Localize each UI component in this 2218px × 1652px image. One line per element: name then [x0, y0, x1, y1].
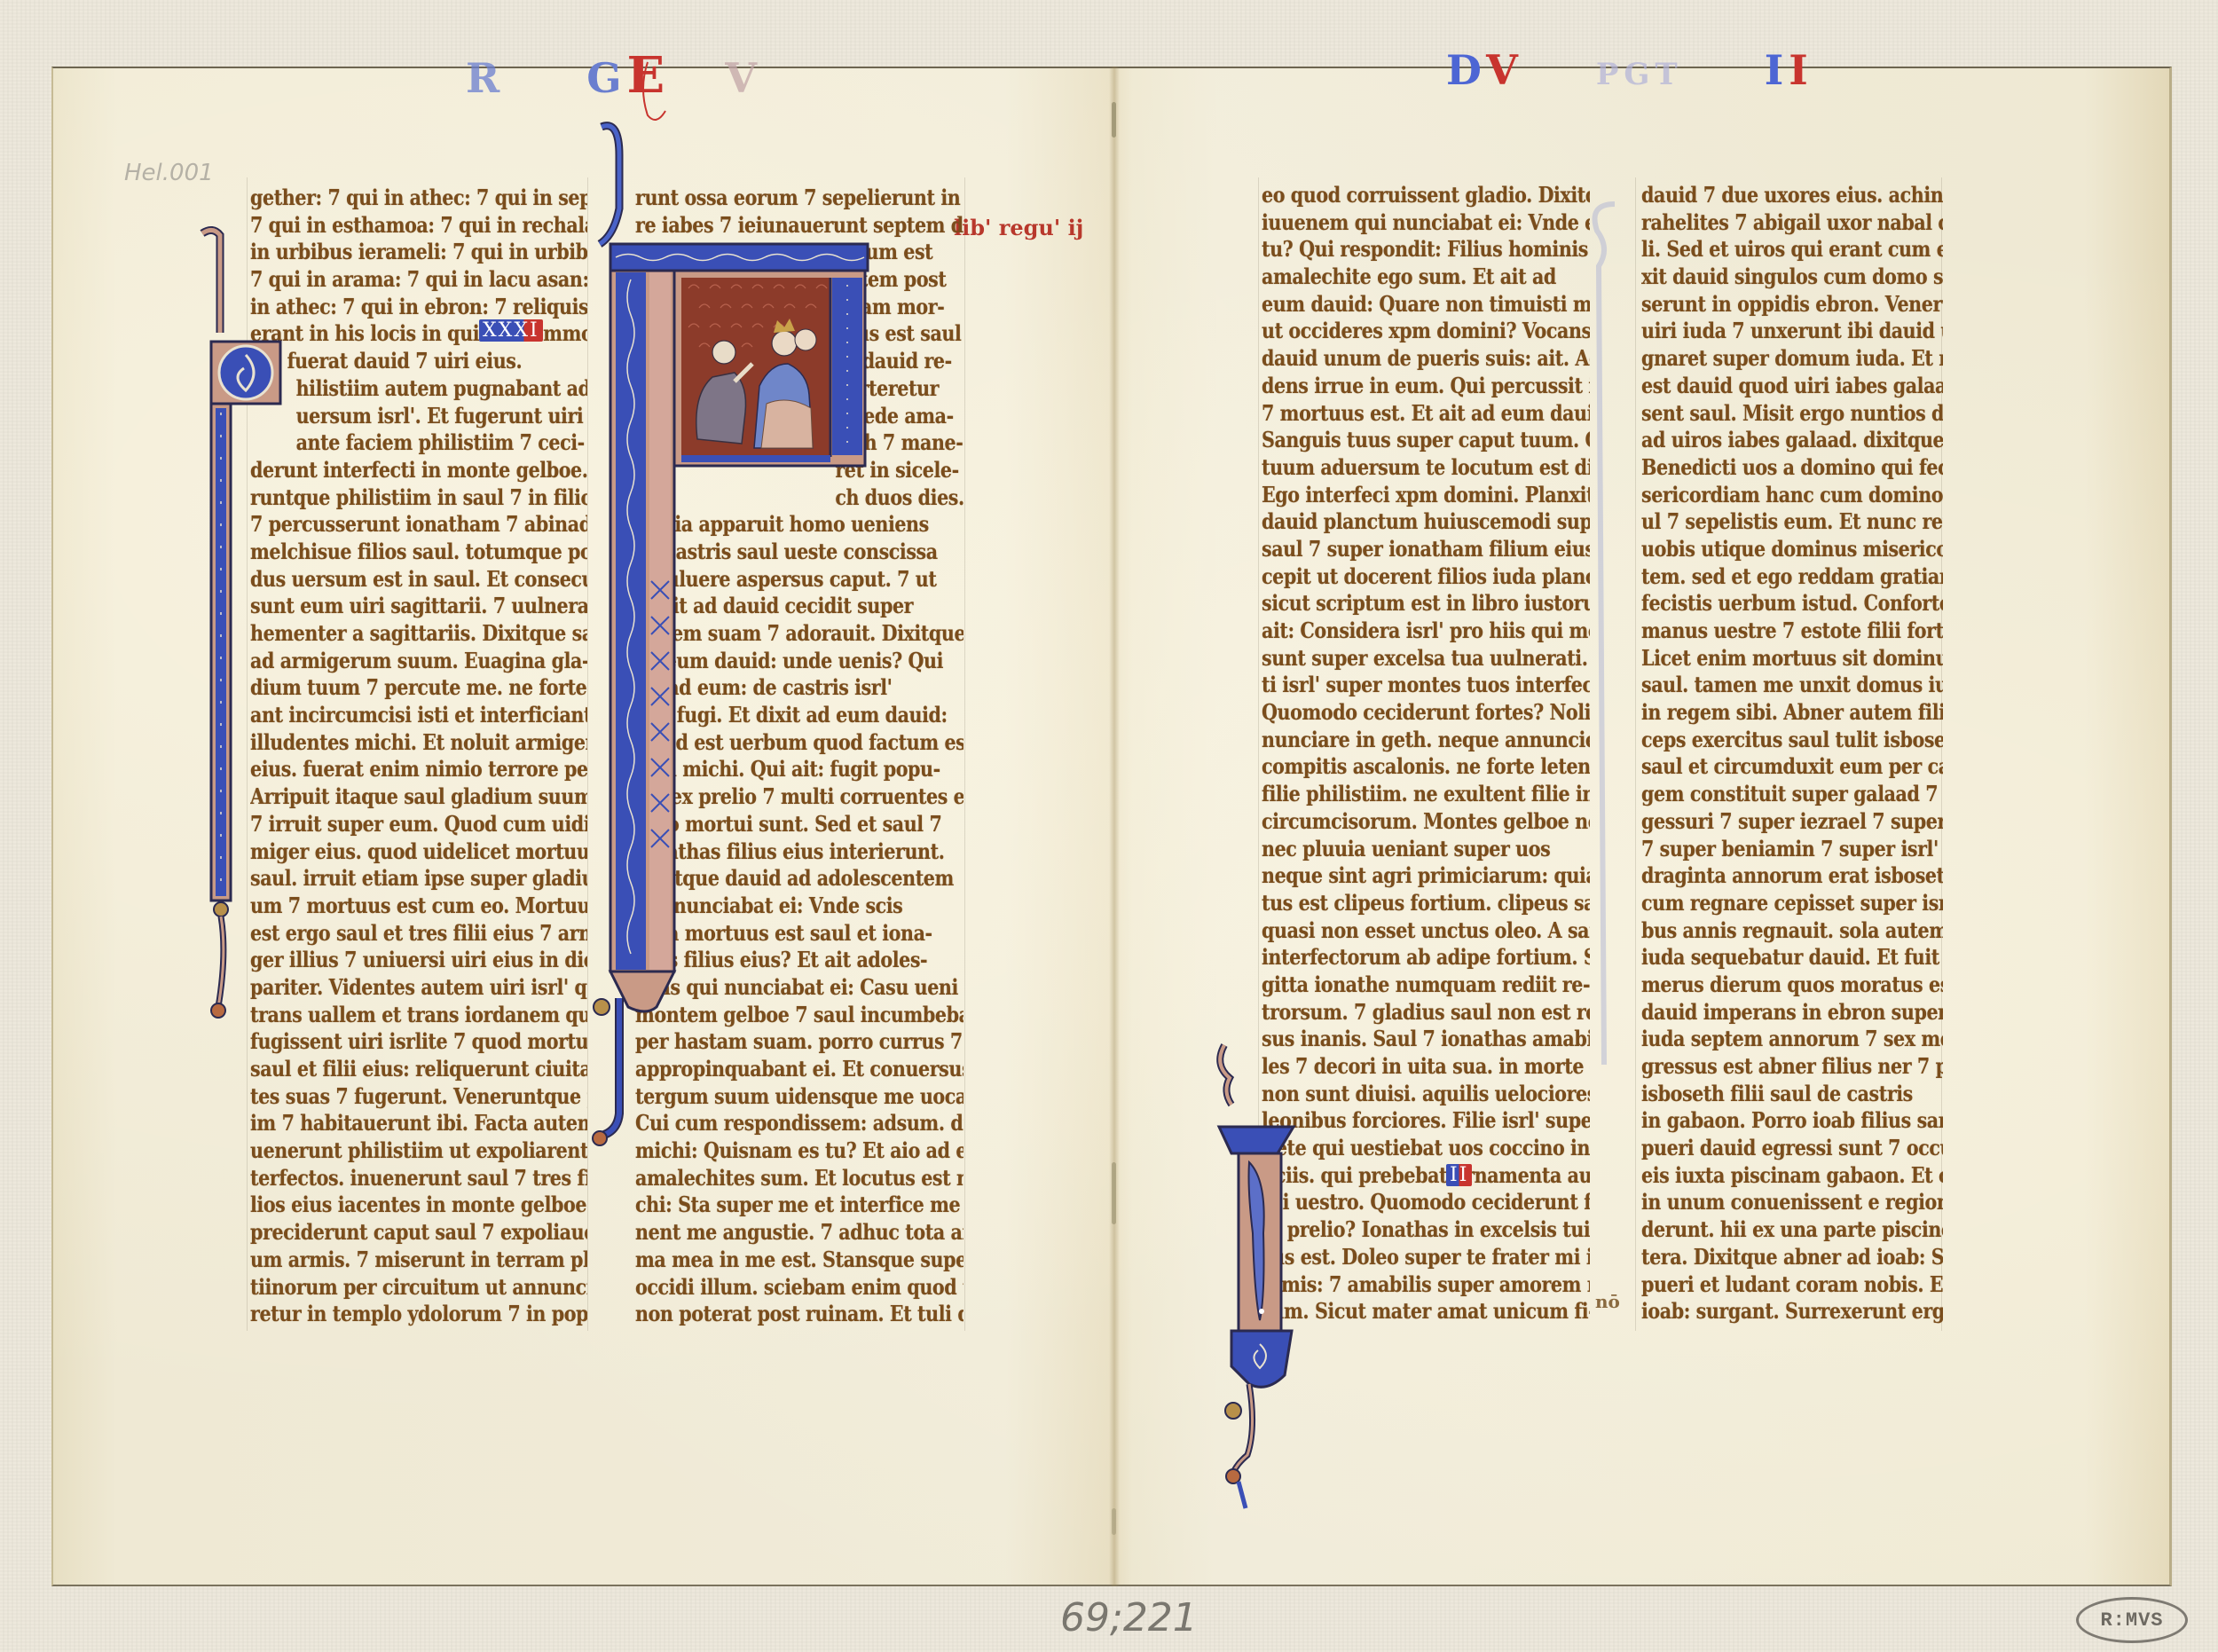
text-line: melchisue filios saul. totumque pon- — [250, 539, 540, 566]
text-line: dens irrue in eum. Qui percussit illum — [1262, 373, 1544, 400]
text-line: lium suum: ita te diligebam. Quomo- — [1262, 1326, 1544, 1326]
text-line: non sunt diuisi. aquilis uelociores — [1262, 1081, 1544, 1108]
text-line: gether: 7 qui in athec: 7 qui in sephamo… — [250, 185, 540, 212]
text-line: serunt in oppidis ebron. Veneruntque — [1641, 291, 1900, 319]
text-line: in regem sibi. Abner autem filius ner pr… — [1641, 699, 1900, 727]
text-line: nent me angustie. 7 adhuc tota ani- — [635, 1219, 917, 1247]
gutter-damage — [1112, 1162, 1116, 1224]
text-line: ante faciem philistiim 7 ceci- — [250, 429, 540, 457]
text-line: in unum conuenissent e regione se- — [1641, 1189, 1900, 1216]
text-line: 7 qui in arama: 7 qui in lacu asan: 7 ac — [250, 266, 540, 294]
text-line: xit dauid singulos cum domo sua 7 man- — [1641, 264, 1900, 291]
text-line: sericordiam hanc cum domino uestro sa- — [1641, 482, 1900, 509]
text-line: sunt eum uiri sagittarii. 7 uulneratus e… — [250, 593, 540, 620]
text-line: isboseth filii saul de castris — [1641, 1081, 1900, 1108]
museum-stamp: R:MVS — [2076, 1597, 2188, 1643]
text-line: bus annis regnauit. sola autem domus — [1641, 917, 1900, 945]
text-line: tuum aduersum te locutum est dicens: — [1262, 454, 1544, 482]
text-line: est dauid quod uiri iabes galaad sepelis… — [1641, 373, 1900, 400]
text-line: dauid unum de pueris suis: ait. Acce- — [1262, 345, 1544, 373]
text-line: illudentes michi. Et noluit armiger — [250, 729, 540, 757]
text-line: nunciare in geth. neque annuncietis in — [1262, 727, 1544, 754]
text-line: rum. Sicut mater amat unicum fi- — [1262, 1298, 1544, 1326]
text-line: 7 percusserunt ionatham 7 abinadab 7 — [250, 511, 540, 539]
text-line: hilistiim autem pugnabant ad- — [250, 375, 540, 403]
text-line: pueri et ludant coram nobis. Et respondi… — [1641, 1271, 1900, 1299]
text-line: dema quod erat in capite eius. 7 armil- — [635, 1328, 917, 1329]
text-line: ant incircumcisi isti et interficiant me — [250, 702, 540, 729]
text-line: sunt super excelsa tua uulnerati. Incli- — [1262, 645, 1544, 673]
text-line: gnaret super domum iuda. Et nunciatum — [1641, 345, 1900, 373]
text-line: dium tuum 7 percute me. ne forte ueni- — [250, 674, 540, 702]
text-line: ad armigerum suum. Euagina gla- — [250, 648, 540, 675]
text-line: gessuri 7 super iezrael 7 super effraym — [1641, 808, 1900, 836]
text-line: merus dierum quos moratus est — [1641, 972, 1900, 999]
text-line: ut occideres xpm domini? Vocansque — [1262, 318, 1544, 345]
text-line: sent saul. Misit ergo nuntios dauid — [1641, 400, 1900, 428]
text-line: derunt. hii ex una parte piscine. 7 illi… — [1641, 1216, 1900, 1244]
gutter-damage — [1112, 102, 1116, 138]
text-line: gem constituit super galaad 7 super — [1641, 781, 1900, 808]
text-line: fugissent uiri isrlite 7 quod mortuus es… — [250, 1028, 540, 1056]
text-line: pariter. Videntes autem uiri isrl' qui e… — [250, 974, 540, 1002]
text-line: chi: Sta super me et interfice me quia t… — [635, 1192, 917, 1219]
header-flourish-icon — [639, 53, 710, 124]
text-line: uiri iuda 7 unxerunt ibi dauid ut re- — [1641, 318, 1900, 345]
text-line: 7 qui in esthamoa: 7 qui in rechala: 7 a… — [250, 212, 540, 240]
text-line: les 7 decori in uita sua. in morte quoqu… — [1262, 1053, 1544, 1081]
text-line: amalechites sum. Et locutus est mi- — [635, 1165, 917, 1192]
text-line: uersum isrl'. Et fugerunt uiri isrl' — [250, 403, 540, 430]
text-line: ioab: surgant. Surrexerunt ergo 7 tran- — [1641, 1298, 1900, 1326]
text-line: saul. irruit etiam ipse super gladium su… — [250, 865, 540, 893]
text-line: uenerunt philistiim ut expoliarent in- — [250, 1137, 540, 1165]
text-line: liciis. qui prebebat ornamenta aurea cul… — [1262, 1162, 1544, 1190]
text-line: est ergo saul et tres filii eius 7 armi- — [250, 920, 540, 948]
text-line: saul et filii eius: reliquerunt ciuita- — [250, 1056, 540, 1083]
text-line: trans uallem et trans iordanem quod — [250, 1002, 540, 1029]
text-line: tes suas 7 fugerunt. Veneruntque philist… — [250, 1083, 540, 1111]
text-line: tera. Dixitque abner ad ioab: Surgant — [1641, 1244, 1900, 1271]
text-line: rahelites 7 abigail uxor nabal carme- — [1641, 209, 1900, 237]
text-line: sus est. Doleo super te frater mi ionath… — [1262, 1244, 1544, 1271]
text-line: li. Sed et uiros qui erant cum eo du- — [1641, 236, 1900, 264]
text-line: occidi illum. sciebam enim quod uiuere — [635, 1274, 917, 1302]
text-line: dus uersum est in saul. Et consecuti — [250, 566, 540, 594]
text-line: filie philistiim. ne exultent filie in- — [1262, 781, 1544, 808]
text-line: flete qui uestiebat uos coccino in de- — [1262, 1135, 1544, 1162]
text-line: sicut scriptum est in libro iustorum. Et — [1262, 590, 1544, 618]
text-line: eis iuxta piscinam gabaon. Et cum — [1641, 1162, 1900, 1190]
historiated-initial-f-icon — [593, 120, 877, 1149]
marginal-note: nō — [1595, 1291, 1620, 1312]
text-column-c: eo quod corruissent gladio. Dixitque dau… — [1262, 182, 1590, 1326]
text-line: eius. fuerat enim nimio terrore perterri… — [250, 756, 540, 783]
text-line: neque sint agri primiciarum: quia ibi ab… — [1262, 862, 1544, 890]
text-line: uobis utique dominus misericordiam 7 uer… — [1641, 536, 1900, 563]
text-line: preciderunt caput saul 7 expoliauerunt e… — [250, 1219, 540, 1247]
text-line: tus fuerat dauid 7 uiri eius. — [250, 348, 540, 375]
text-line: in gabaon. Porro ioab filius saruie 7 — [1641, 1107, 1900, 1135]
text-line: ma mea in me est. Stansque super eum — [635, 1247, 917, 1274]
text-line: um 7 mortuus est cum eo. Mortuus — [250, 893, 540, 920]
text-line: ait: Considera isrl' pro hiis qui mortui — [1262, 618, 1544, 645]
pen-flourish-icon — [1588, 195, 1641, 1082]
text-line: Benedicti uos a domino qui fecistis mi- — [1641, 454, 1900, 482]
text-line: saul et circumduxit eum per castra 7 re- — [1641, 753, 1900, 781]
text-line: saul. tamen me unxit domus iuda — [1641, 672, 1900, 699]
text-line: eo quod corruissent gladio. Dixitque dau… — [1262, 182, 1544, 209]
text-column-d: dauid 7 due uxores eius. achinoem ies-ra… — [1641, 182, 1943, 1326]
illuminated-initial-i-fish-icon — [1214, 1038, 1302, 1508]
text-line: quasi non esset unctus oleo. A sanguine — [1262, 917, 1544, 945]
text-line: ti isrl' super montes tuos interfecti su… — [1262, 672, 1544, 699]
text-line: gitta ionathe numquam rediit re- — [1262, 972, 1544, 999]
text-line: amalechite ego sum. Et ait ad — [1262, 264, 1544, 291]
text-line: sierunt numero duodecim de beniamin ex — [1641, 1326, 1900, 1326]
text-line: 7 super beniamin 7 super isrl' uniuersum… — [1641, 836, 1900, 863]
text-line: draginta annorum erat isboseth filius sa… — [1641, 862, 1900, 890]
text-line: 7 irruit super eum. Quod cum uidisset ar… — [250, 811, 540, 838]
gutter-damage — [1112, 1508, 1116, 1535]
text-line: lios eius iacentes in monte gelboe. Et — [250, 1192, 540, 1219]
text-line: in athec: 7 qui in ebron: 7 reliquis que — [250, 294, 540, 321]
text-line: ad uiros iabes galaad. dixitque ad eos: — [1641, 427, 1900, 454]
running-header-left: R GE V — [466, 46, 762, 105]
text-line: ul 7 sepelistis eum. Et nunc retribuet — [1641, 508, 1900, 536]
text-line: miger eius. quod uidelicet mortuus esset — [250, 838, 540, 866]
text-line: hementer a sagittariis. Dixitque saul — [250, 620, 540, 648]
rubric-book-title: lib' regu' ij — [954, 215, 1083, 240]
text-line: dauid planctum huiuscemodi super — [1262, 508, 1544, 536]
ruling-line — [587, 177, 588, 1331]
margin-pencil-note: Hel.001 — [124, 160, 214, 186]
text-line: trorsum. 7 gladius saul non est reuer- — [1262, 999, 1544, 1027]
ruling-line — [964, 177, 965, 1331]
text-line: tui uestro. Quomodo ceciderunt fortes — [1262, 1189, 1544, 1216]
text-line: fecistis uerbum istud. Confortentur — [1641, 590, 1900, 618]
text-line: interfectorum ab adipe fortium. Sa- — [1262, 944, 1544, 972]
text-line: tus est clipeus fortium. clipeus saul — [1262, 890, 1544, 917]
illuminated-initial-p-icon — [195, 226, 284, 1025]
text-line: dauid imperans in ebron super domum — [1641, 999, 1900, 1027]
text-line: manus uestre 7 estote filii fortitudinis… — [1641, 618, 1900, 645]
text-line: Sanguis tuus super caput tuum. Os enim — [1262, 427, 1544, 454]
text-line: in urbibus ierameli: 7 qui in urbibus ce… — [250, 239, 540, 266]
gutter-fold — [1109, 67, 1120, 1586]
text-line: in prelio? Ionathas in excelsis tuis occ… — [1262, 1216, 1544, 1244]
text-line: nec pluuia ueniant super uos — [1262, 836, 1544, 863]
text-line: compitis ascalonis. ne forte letentur — [1262, 753, 1544, 781]
text-line: im 7 habitauerunt ibi. Facta autem alter… — [250, 1110, 540, 1137]
text-line: Licet enim mortuus sit dominus uester — [1641, 645, 1900, 673]
text-line: saul 7 super ionatham filium eius. 7 pre… — [1262, 536, 1544, 563]
text-line: gressus est abner filius ner 7 pueri — [1641, 1053, 1900, 1081]
running-header-right: DV PGT II — [1446, 46, 1813, 94]
text-line: Arripuit itaque saul gladium suum. — [250, 783, 540, 811]
text-line: circumcisorum. Montes gelboe nec ros — [1262, 808, 1544, 836]
text-line: pueri dauid egressi sunt 7 occurrerunt — [1641, 1135, 1900, 1162]
text-line: terfectos. inuenerunt saul 7 tres fi- — [250, 1165, 540, 1192]
text-line: ceps exercitus saul tulit isboseth filiu… — [1641, 727, 1900, 754]
chapter-marker-ii: II — [1446, 1164, 1472, 1186]
text-line: non poterat post ruinam. Et tuli dia- — [635, 1301, 917, 1328]
text-line: Quomodo ceciderunt fortes? Nolite an- — [1262, 699, 1544, 727]
text-line: cepit ut docerent filios iuda planctum — [1262, 563, 1544, 591]
text-line: retur in templo ydolorum 7 in populis. — [250, 1301, 540, 1328]
text-line: runtque philistiim in saul 7 in filios e… — [250, 484, 540, 512]
chapter-marker-xxxi: XXXI — [479, 319, 543, 342]
text-line: tiinorum per circuitum ut annuncia- — [250, 1274, 540, 1302]
text-line: iuuenem qui nunciabat ei: Vnde es — [1262, 209, 1544, 237]
text-line: 7 mortuus est. Et ait ad eum dauid: — [1262, 400, 1544, 428]
text-column-a: gether: 7 qui in athec: 7 qui in sephamo… — [250, 185, 587, 1329]
text-line: ger illius 7 uniuersi uiri eius in die i… — [250, 947, 540, 974]
text-line: tu? Qui respondit: Filius hominis aduene — [1262, 236, 1544, 264]
pencil-folio-number: 69;221 — [1060, 1595, 1198, 1640]
text-line: iuda sequebatur dauid. Et fuit nu- — [1641, 944, 1900, 972]
text-line: leonibus forciores. Filie isrl' super sa… — [1262, 1107, 1544, 1135]
text-line: dauid 7 due uxores eius. achinoem ies- — [1641, 182, 1900, 209]
text-line: nimis: 7 amabilis super amorem mulie- — [1262, 1271, 1544, 1299]
text-line: sus inanis. Saul 7 ionathas amabi- — [1262, 1026, 1544, 1053]
text-line: Et posuerunt arma eius in templo astarot… — [250, 1328, 540, 1329]
text-line: eum dauid: Quare non timuisti mittere ma… — [1262, 291, 1544, 319]
text-line: Ego interfeci xpm domini. Planxit autem — [1262, 482, 1544, 509]
text-line: um armis. 7 miserunt in terram philis- — [250, 1247, 540, 1274]
text-line: derunt interfecti in monte gelboe. Irrue… — [250, 457, 540, 484]
text-line: tem. sed et ego reddam gratiam eo quod — [1641, 563, 1900, 591]
text-line: iuda septem annorum 7 sex mensium. Et e- — [1641, 1026, 1900, 1053]
text-line: cum regnare cepisset super isrl'. 7 duo- — [1641, 890, 1900, 917]
